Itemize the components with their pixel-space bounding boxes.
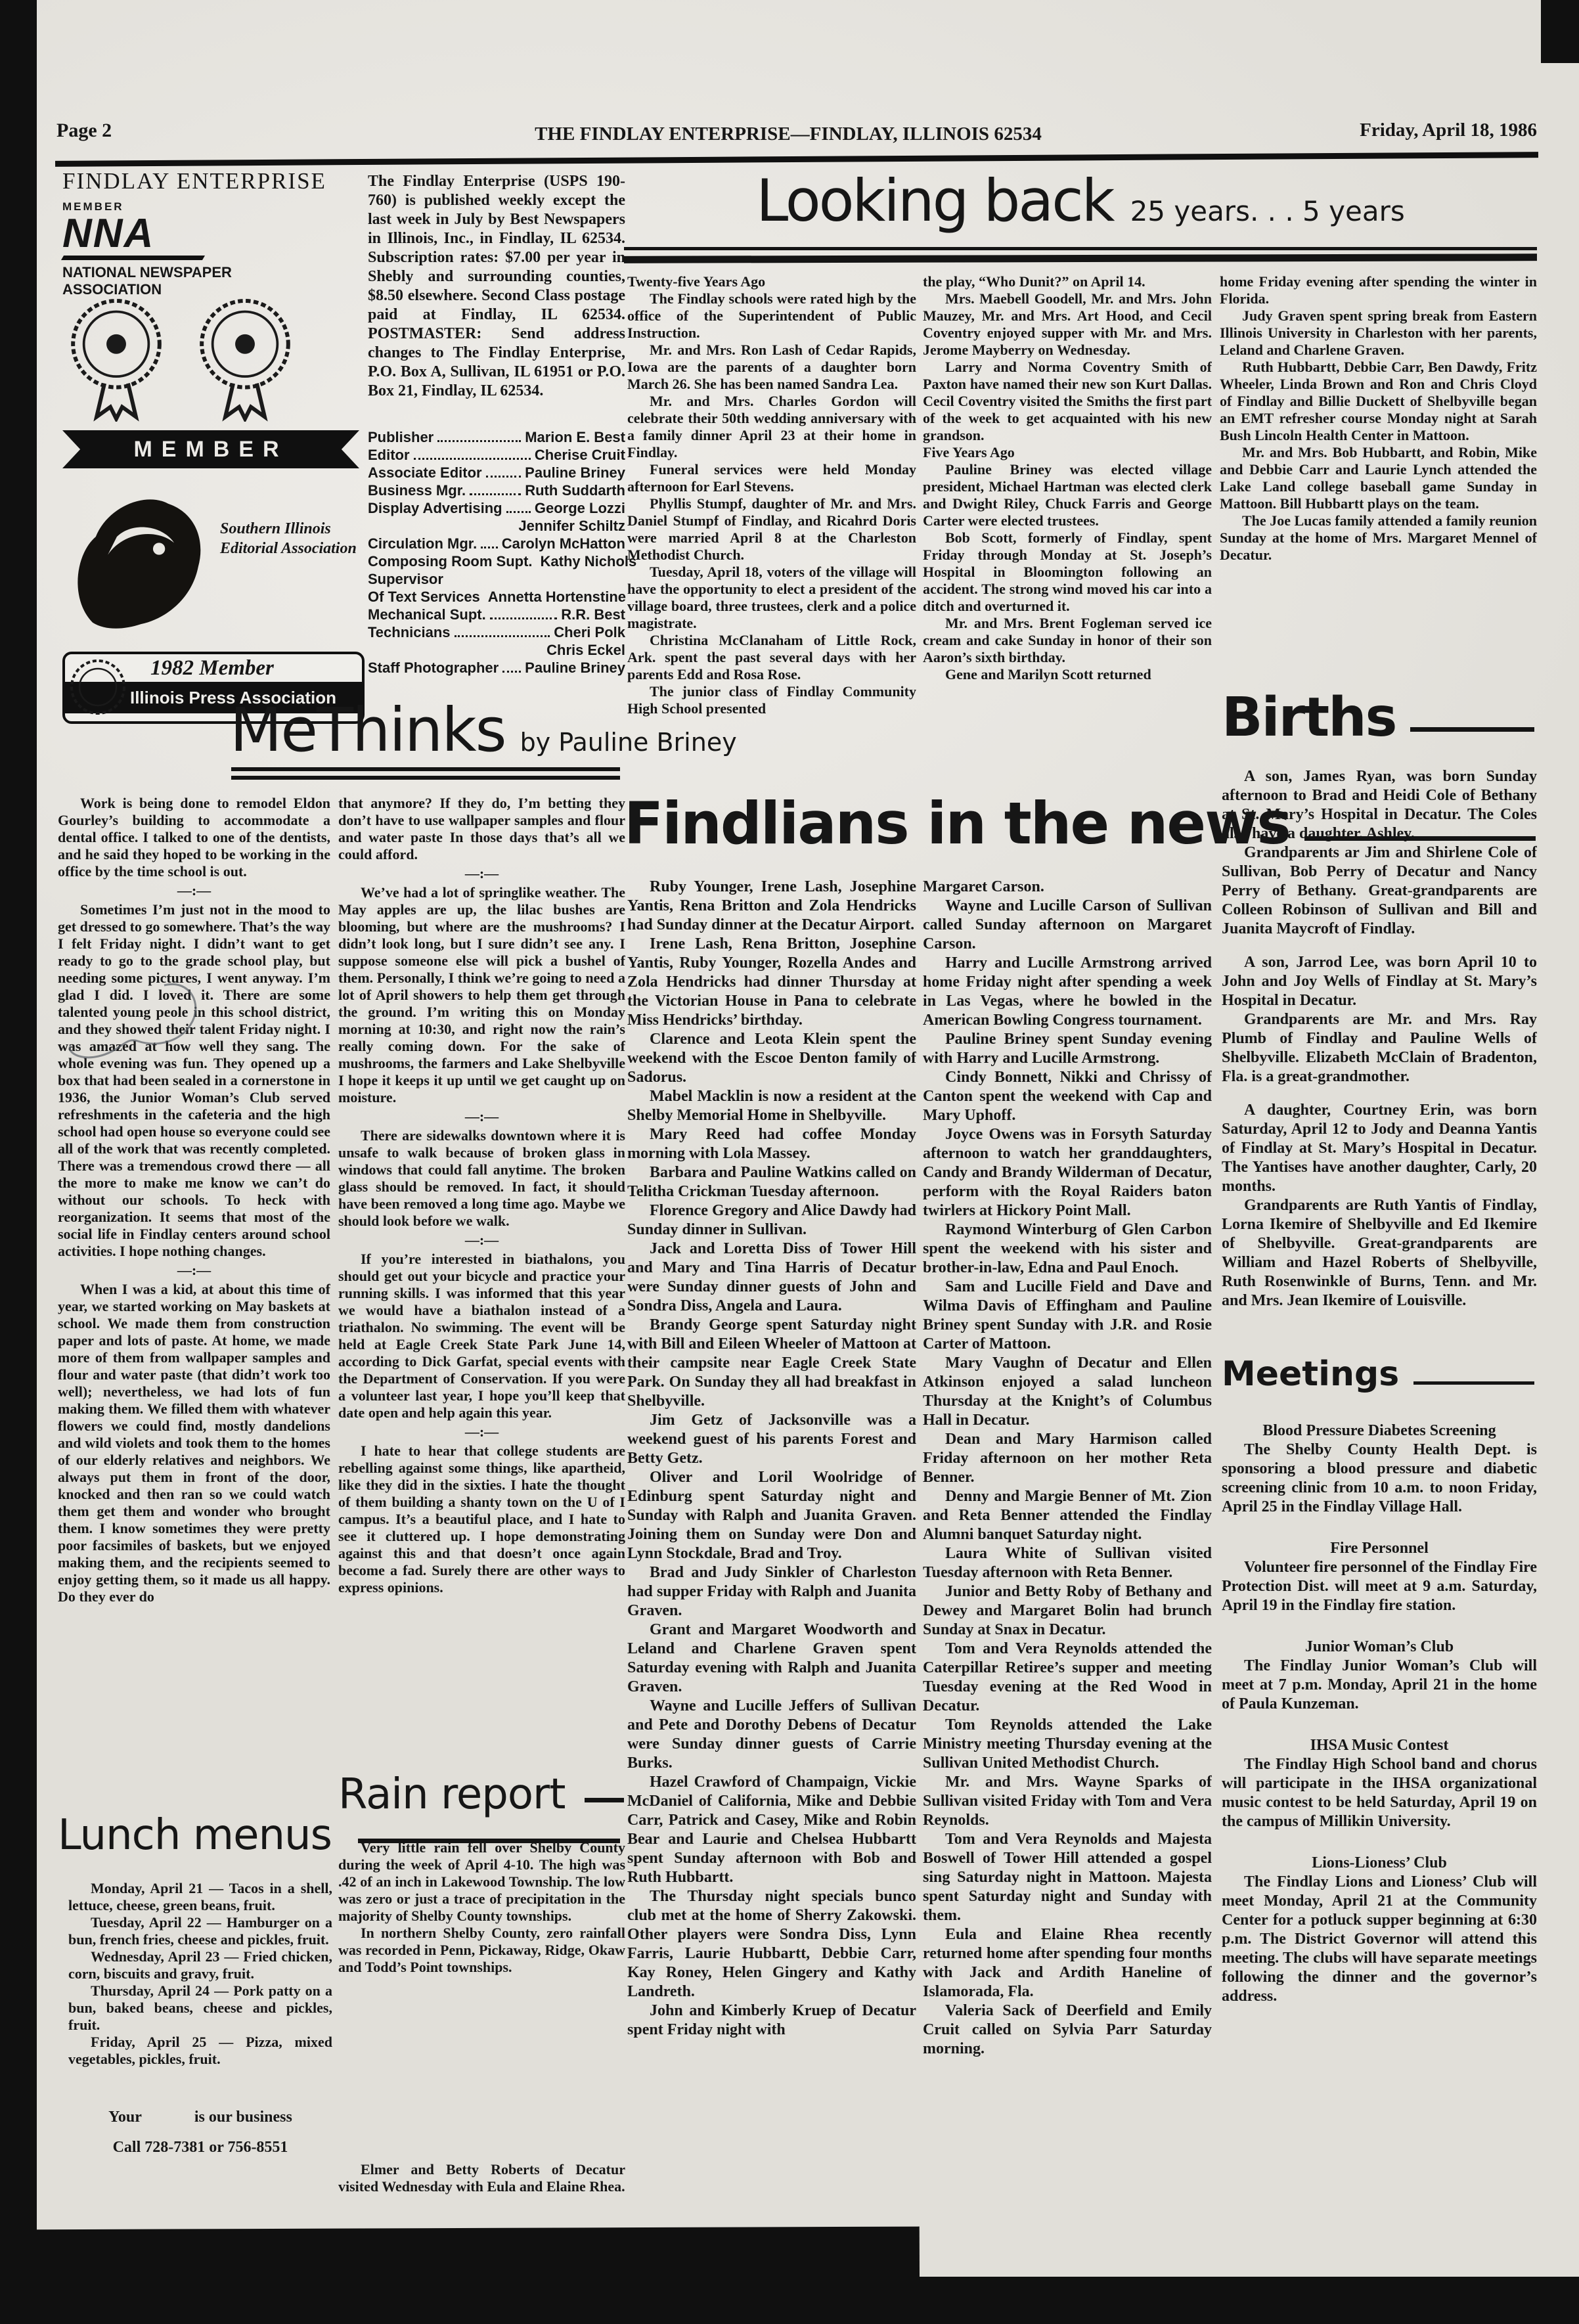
- paragraph: Work is being done to remodel Eldon Gour…: [58, 795, 330, 880]
- subheading: Twenty-five Years Ago: [627, 273, 916, 290]
- scan-edge-corner: [1541, 0, 1579, 63]
- paragraph: There are sidewalks downtown where it is…: [338, 1127, 625, 1230]
- column-divider: —:—: [338, 1423, 625, 1441]
- spacer: [1222, 1086, 1537, 1101]
- paragraph: Laura White of Sullivan visited Tuesday …: [923, 1544, 1212, 1582]
- paragraph: The Shelby County Health Dept. is sponso…: [1222, 1441, 1537, 1517]
- paragraph: Clarence and Leota Klein spent the weeke…: [627, 1030, 916, 1087]
- staff-row: Jennifer Schiltz: [368, 517, 625, 535]
- section-title: Births: [1222, 694, 1396, 742]
- newspaper-brand: FINDLAY ENTERPRISE: [62, 168, 326, 194]
- staff-name: Kathy Nichols: [541, 552, 637, 570]
- staff-name: Cherise Cruit: [535, 446, 625, 464]
- paragraph: When I was a kid, at about this time of …: [58, 1281, 330, 1605]
- paragraph: Irene Lash, Rena Britton, Josephine Yant…: [627, 935, 916, 1030]
- headline-rule: [585, 1798, 624, 1802]
- paragraph: Tom and Vera Reynolds attended the Cater…: [923, 1640, 1212, 1716]
- section-subtitle: 25 years. . . 5 years: [1130, 195, 1405, 227]
- business-slogan: Youris our business: [68, 2102, 332, 2132]
- nna-logo-block: MEMBER NNA NATIONAL NEWSPAPER ASSOCIATIO…: [62, 200, 259, 298]
- paragraph: I hate to hear that college students are…: [338, 1442, 625, 1596]
- paragraph: Valeria Sack of Deerfield and Emily Crui…: [923, 2001, 1212, 2059]
- section-title: Looking back: [756, 167, 1113, 235]
- findlians-headline: Findlians in the news: [624, 796, 1538, 851]
- staff-row: TechniciansCheri Polk: [368, 623, 625, 641]
- paragraph: Wednesday, April 23 — Fried chicken, cor…: [68, 1948, 332, 1982]
- paragraph: Junior and Betty Roby of Bethany and Dew…: [923, 1582, 1212, 1640]
- issue-date: Friday, April 18, 1986: [1281, 120, 1537, 141]
- findlians-column-1: Ruby Younger, Irene Lash, Josephine Yant…: [627, 878, 916, 2218]
- looking-back-headline: Looking back25 years. . . 5 years: [624, 172, 1537, 230]
- paragraph: Mr. and Mrs. Brent Fogleman served ice c…: [923, 615, 1212, 666]
- paragraph: Oliver and Loril Woolridge of Edinburg s…: [627, 1468, 916, 1563]
- staff-name: Ruth Suddarth: [525, 481, 625, 499]
- staff-list: PublisherMarion E. BestEditorCherise Cru…: [368, 428, 625, 677]
- staff-row: Supervisor: [368, 570, 625, 588]
- paragraph: Pauline Briney spent Sunday evening with…: [923, 1030, 1212, 1068]
- paragraph: Ruby Younger, Irene Lash, Josephine Yant…: [627, 878, 916, 935]
- findlians-column-2: Margaret Carson.Wayne and Lucille Carson…: [923, 878, 1212, 2264]
- paragraph: The Findlay Junior Woman’s Club will mee…: [1222, 1657, 1537, 1714]
- staff-role: Business Mgr.: [368, 481, 466, 499]
- subheading: Five Years Ago: [923, 444, 1212, 461]
- slogan-lead: Your: [108, 2109, 142, 2126]
- dot-leader: [486, 476, 522, 478]
- paragraph: Brandy George spent Saturday night with …: [627, 1316, 916, 1411]
- staff-name: Carolyn McHatton: [502, 535, 625, 552]
- column-divider: —:—: [338, 865, 625, 882]
- dot-leader: [490, 617, 557, 619]
- column-divider: —:—: [338, 1108, 625, 1125]
- looking-back-column-2: the play, “Who Dunit?” on April 14.Mrs. …: [923, 273, 1212, 815]
- column-divider: —:—: [58, 882, 330, 899]
- staff-row: Associate EditorPauline Briney: [368, 464, 625, 481]
- paragraph: In northern Shelby County, zero rainfall…: [338, 1925, 625, 1976]
- paragraph: Friday, April 25 — Pizza, mixed vegetabl…: [68, 2034, 332, 2068]
- headline-rule: [1410, 727, 1534, 732]
- births-headline: Births: [1222, 694, 1537, 742]
- paragraph: Mrs. Maebell Goodell, Mr. and Mrs. John …: [923, 290, 1212, 359]
- paragraph: Grandparents ar Jim and Shirlene Cole of…: [1222, 843, 1537, 939]
- paragraph: Cindy Bonnett, Nikki and Chrissy of Cant…: [923, 1068, 1212, 1125]
- paragraph: Thursday, April 24 — Pork patty on a bun…: [68, 1982, 332, 2034]
- staff-role: Display Advertising: [368, 499, 502, 517]
- staff-row: Display AdvertisingGeorge Lozzi: [368, 499, 625, 517]
- section-title: Findlians in the news: [624, 796, 1290, 851]
- paragraph: Judy Graven spent spring break from East…: [1220, 307, 1537, 359]
- paragraph: Tom Reynolds attended the Lake Ministry …: [923, 1716, 1212, 1773]
- paragraph: Wayne and Lucille Jeffers of Sullivan an…: [627, 1697, 916, 1773]
- section-rule: [624, 254, 1537, 263]
- dot-leader: [437, 440, 521, 442]
- paragraph: Dean and Mary Harmison called Friday aft…: [923, 1430, 1212, 1487]
- staff-role: Technicians: [368, 623, 451, 641]
- staff-name: Chris Eckel: [546, 641, 625, 659]
- paragraph: The Thursday night specials bunco club m…: [627, 1887, 916, 2001]
- dot-leader: [502, 671, 521, 673]
- dot-leader: [455, 635, 550, 637]
- nna-swoosh-icon: [61, 256, 205, 260]
- lunch-menus-column: Monday, April 21 — Tacos in a shell, let…: [68, 1880, 332, 2107]
- paragraph: A son, Jarrod Lee, was born April 10 to …: [1222, 953, 1537, 1010]
- paragraph: The Findlay High School band and chorus …: [1222, 1755, 1537, 1831]
- paragraph: Gene and Marilyn Scott returned: [923, 666, 1212, 683]
- staff-row: Mechanical Supt.R.R. Best: [368, 606, 625, 623]
- paragraph: We’ve had a lot of springlike weather. T…: [338, 884, 625, 1106]
- dot-leader: [470, 493, 521, 495]
- methinks-column-2: that anymore? If they do, I’m betting th…: [338, 795, 625, 1754]
- paragraph: Jim Getz of Jacksonville was a weekend g…: [627, 1411, 916, 1468]
- paragraph: Mabel Macklin is now a resident at the S…: [627, 1087, 916, 1125]
- staff-row: Composing Room Supt.Kathy Nichols: [368, 552, 625, 570]
- column-rule: [231, 776, 620, 780]
- subheading: Lions-Lioness’ Club: [1222, 1854, 1537, 1873]
- business-footer: Youris our business Call 728-7381 or 756…: [68, 2102, 332, 2162]
- paragraph: Grandparents are Ruth Yantis of Findlay,…: [1222, 1196, 1537, 1310]
- paragraph: Mr. and Mrs. Ron Lash of Cedar Rapids, I…: [627, 342, 916, 393]
- paragraph: Denny and Margie Benner of Mt. Zion and …: [923, 1487, 1212, 1544]
- staff-name: R.R. Best: [561, 606, 625, 623]
- paragraph: Grandparents are Mr. and Mrs. Ray Plumb …: [1222, 1010, 1537, 1086]
- paragraph: Larry and Norma Coventry Smith of Paxton…: [923, 359, 1212, 444]
- nna-org-label: NATIONAL NEWSPAPER ASSOCIATION: [62, 264, 259, 298]
- staff-name: Cheri Polk: [554, 623, 625, 641]
- paragraph: the play, “Who Dunit?” on April 14.: [923, 273, 1212, 290]
- paragraph: The Joe Lucas family attended a family r…: [1220, 512, 1537, 564]
- paragraph: Tuesday, April 22 — Hamburger on a bun, …: [68, 1914, 332, 1948]
- newspaper-page: Page 2 THE FINDLAY ENTERPRISE—FINDLAY, I…: [0, 0, 1579, 2324]
- section-title: Rain report: [338, 1774, 565, 1816]
- paragraph: Sam and Lucille Field and Dave and Wilma…: [923, 1278, 1212, 1354]
- subheading: Blood Pressure Diabetes Screening: [1222, 1421, 1537, 1441]
- staff-row: Chris Eckel: [368, 641, 625, 659]
- nna-logo: NNA: [62, 213, 259, 254]
- paragraph: that anymore? If they do, I’m betting th…: [338, 795, 625, 863]
- paragraph: Very little rain fell over Shelby County…: [338, 1839, 625, 1925]
- section-title: Meetings: [1222, 1357, 1399, 1391]
- business-phone: Call 728-7381 or 756-8551: [68, 2132, 332, 2162]
- column-title: MeThinks: [230, 695, 506, 765]
- staff-role: Mechanical Supt.: [368, 606, 486, 623]
- subheading: Fire Personnel: [1222, 1539, 1537, 1558]
- filler-paragraph: Elmer and Betty Roberts of Decatur visit…: [338, 2161, 625, 2195]
- paragraph: Volunteer fire personnel of the Findlay …: [1222, 1558, 1537, 1615]
- staff-name: George Lozzi: [535, 499, 625, 517]
- staff-role: Editor: [368, 446, 410, 464]
- section-rule: [624, 247, 1537, 250]
- paragraph: Mr. and Mrs. Charles Gordon will celebra…: [627, 393, 916, 461]
- staff-row: PublisherMarion E. Best: [368, 428, 625, 446]
- staff-role: Supervisor: [368, 570, 443, 588]
- paragraph: Tuesday, April 18, voters of the village…: [627, 564, 916, 632]
- headline-rule: [1413, 1381, 1534, 1385]
- staff-role: Of Text Services: [368, 588, 480, 606]
- rain-report-column: Very little rain fell over Shelby County…: [338, 1839, 625, 2115]
- staff-role: Staff Photographer: [368, 659, 499, 677]
- paragraph: Harry and Lucille Armstrong arrived home…: [923, 954, 1212, 1030]
- scan-edge-left: [0, 0, 37, 2324]
- column-byline: by Pauline Briney: [520, 728, 737, 757]
- paragraph: Raymond Winterburg of Glen Carbon spent …: [923, 1220, 1212, 1278]
- paragraph: Margaret Carson.: [923, 878, 1212, 897]
- member-ribbon: MEMBER: [62, 430, 359, 468]
- paragraph: Mr. and Mrs. Wayne Sparks of Sullivan vi…: [923, 1773, 1212, 1830]
- paragraph: Wayne and Lucille Carson of Sullivan cal…: [923, 897, 1212, 954]
- paragraph: Jack and Loretta Diss of Tower Hill and …: [627, 1240, 916, 1316]
- staff-role: Circulation Mgr.: [368, 535, 477, 552]
- publication-info: The Findlay Enterprise (USPS 190-760) is…: [368, 172, 625, 401]
- paragraph: Florence Gregory and Alice Dawdy had Sun…: [627, 1201, 916, 1240]
- paragraph: Pauline Briney was elected village presi…: [923, 461, 1212, 529]
- meetings-headline: Meetings: [1222, 1357, 1537, 1391]
- paragraph: Grant and Margaret Woodworth and Leland …: [627, 1620, 916, 1697]
- staff-row: Of Text ServicesAnnetta Hortenstine: [368, 588, 625, 606]
- staff-row: Circulation Mgr.Carolyn McHatton: [368, 535, 625, 552]
- staff-role: Composing Room Supt.: [368, 552, 533, 570]
- award-seal-icon: [196, 297, 294, 422]
- paragraph: A daughter, Courtney Erin, was born Satu…: [1222, 1101, 1537, 1196]
- staff-name: Pauline Briney: [525, 659, 625, 677]
- paragraph: Eula and Elaine Rhea recently returned h…: [923, 1925, 1212, 2001]
- staff-name: Marion E. Best: [525, 428, 625, 446]
- column-divider: —:—: [58, 1262, 330, 1279]
- paragraph: Brad and Judy Sinkler of Charleston had …: [627, 1563, 916, 1620]
- column-divider: —:—: [338, 1232, 625, 1249]
- staff-name: Jennifer Schiltz: [518, 517, 625, 535]
- scan-edge-bottom: [0, 2277, 1579, 2324]
- paragraph: John and Kimberly Kruep of Decatur spent…: [627, 2001, 916, 2040]
- header-rule: [55, 152, 1538, 167]
- headline-rule: [1304, 836, 1536, 841]
- paragraph: home Friday evening after spending the w…: [1220, 273, 1537, 307]
- looking-back-column-3: home Friday evening after spending the w…: [1220, 273, 1537, 694]
- paragraph: Barbara and Pauline Watkins called on Te…: [627, 1163, 916, 1201]
- staff-row: EditorCherise Cruit: [368, 446, 625, 464]
- paragraph: Mr. and Mrs. Bob Hubbartt, and Robin, Mi…: [1220, 444, 1537, 512]
- press-seal-icon: [68, 657, 128, 717]
- dot-leader: [506, 511, 531, 513]
- rain-report-headline: Rain report: [338, 1774, 625, 1816]
- methinks-column-1: Work is being done to remodel Eldon Gour…: [58, 795, 330, 1800]
- eagle-emblem-icon: [62, 480, 213, 644]
- dot-leader: [481, 547, 498, 548]
- spacer: [1222, 939, 1537, 953]
- paragraph: Tom and Vera Reynolds and Majesta Boswel…: [923, 1830, 1212, 1925]
- staff-role: Associate Editor: [368, 464, 482, 481]
- staff-role: Publisher: [368, 428, 434, 446]
- paragraph: The Findlay Lions and Lioness’ Club will…: [1222, 1873, 1537, 2006]
- paragraph: If you’re interested in biathalons, you …: [338, 1251, 625, 1421]
- meetings-column: Blood Pressure Diabetes ScreeningThe She…: [1222, 1399, 1537, 2266]
- paragraph: Bob Scott, formerly of Findlay, spent Fr…: [923, 529, 1212, 615]
- paragraph: Phyllis Stumpf, daughter of Mr. and Mrs.…: [627, 495, 916, 564]
- staff-row: Business Mgr.Ruth Suddarth: [368, 481, 625, 499]
- masthead-line: THE FINDLAY ENTERPRISE—FINDLAY, ILLINOIS…: [427, 123, 1149, 145]
- slogan-tail: is our business: [194, 2109, 292, 2126]
- dot-leader: [414, 458, 531, 460]
- subheading: Junior Woman’s Club: [1222, 1638, 1537, 1657]
- paragraph: Mary Vaughn of Decatur and Ellen Atkinso…: [923, 1354, 1212, 1430]
- methinks-headline: MeThinksby Pauline Briney: [230, 700, 737, 761]
- pen-scribble: [59, 972, 217, 1123]
- southern-association-label: Southern Illinois Editorial Association: [220, 519, 361, 558]
- paragraph: Joyce Owens was in Forsyth Saturday afte…: [923, 1125, 1212, 1220]
- subheading: IHSA Music Contest: [1222, 1736, 1537, 1755]
- staff-name: Annetta Hortenstine: [488, 588, 626, 606]
- paragraph: Hazel Crawford of Champaign, Vickie McDa…: [627, 1773, 916, 1887]
- section-title: Lunch menus: [58, 1814, 332, 1856]
- award-seal-icon: [67, 297, 166, 422]
- paragraph: Mary Reed had coffee Monday morning with…: [627, 1125, 916, 1163]
- page-number: Page 2: [56, 120, 112, 142]
- paragraph: Monday, April 21 — Tacos in a shell, let…: [68, 1880, 332, 1914]
- paragraph: The Findlay schools were rated high by t…: [627, 290, 916, 342]
- paragraph: Funeral services were held Monday aftern…: [627, 461, 916, 495]
- staff-name: Pauline Briney: [525, 464, 625, 481]
- staff-row: Staff PhotographerPauline Briney: [368, 659, 625, 677]
- paragraph: Ruth Hubbartt, Debbie Carr, Ben Dawdy, F…: [1220, 359, 1537, 444]
- column-rule: [231, 767, 620, 771]
- paragraph: Christina McClanaham of Little Rock, Ark…: [627, 632, 916, 683]
